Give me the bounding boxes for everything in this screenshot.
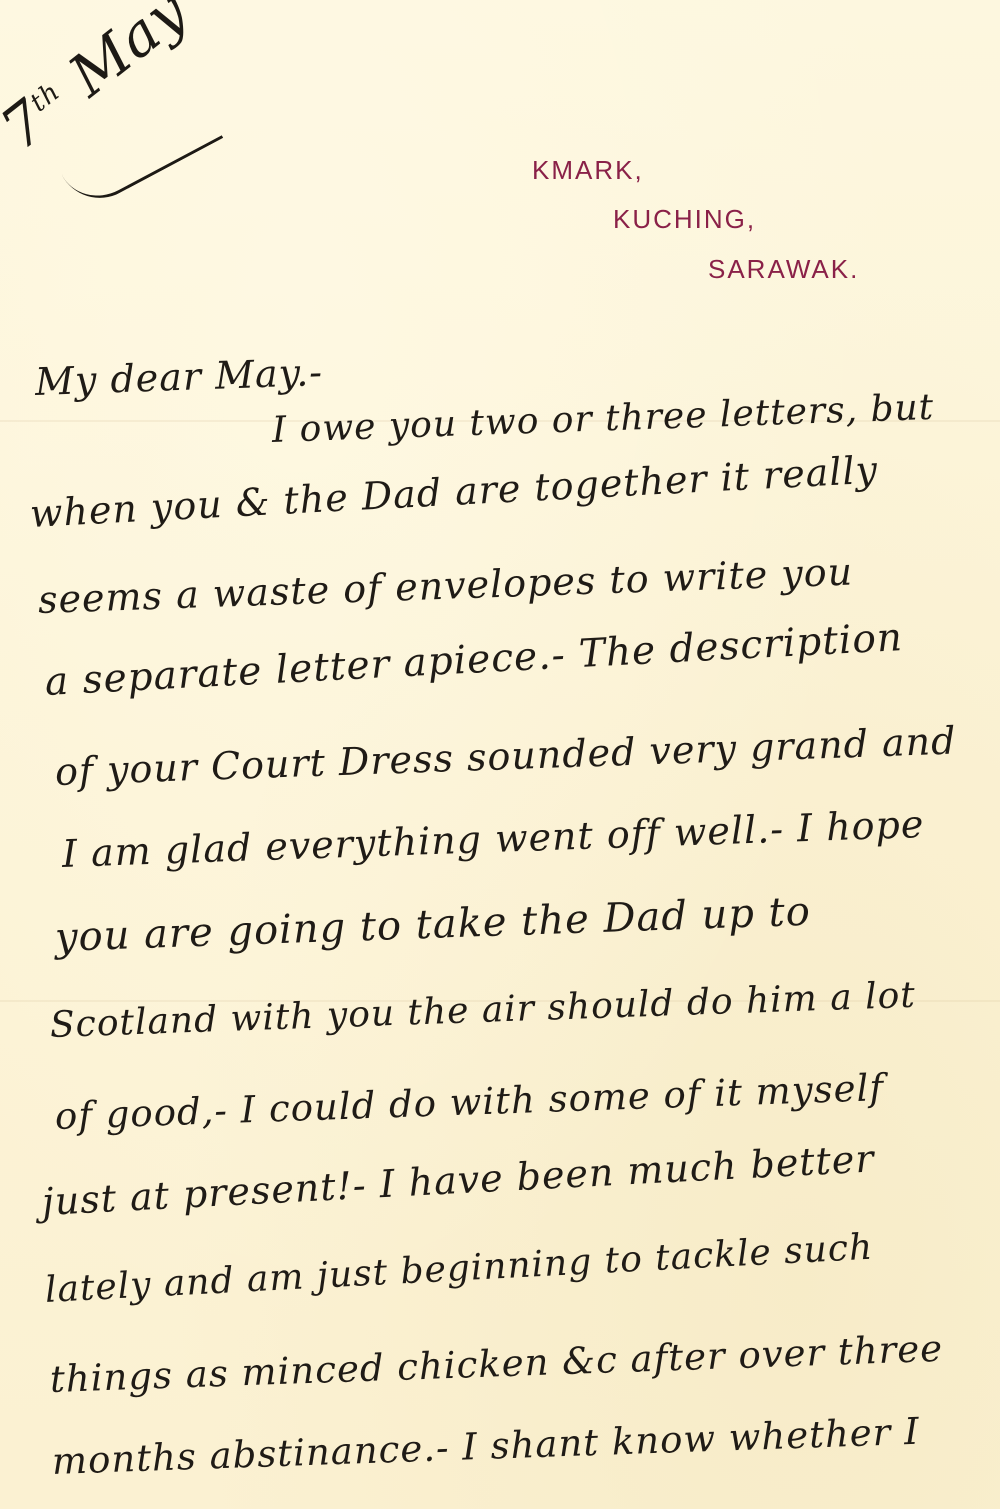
- letter-line: of your Court Dress sounded very grand a…: [54, 719, 957, 794]
- letter-line: Scotland with you the air should do him …: [49, 975, 916, 1046]
- letter-line: I am glad everything went off well.- I h…: [61, 802, 925, 876]
- letter-line: things as minced chicken &c after over t…: [49, 1327, 943, 1401]
- letter-line: I owe you two or three letters, but: [271, 387, 935, 451]
- letterhead-line-3: SARAWAK.: [708, 254, 859, 285]
- letter-line: of good,- I could do with some of it mys…: [54, 1066, 884, 1138]
- letter-line: just at present!- I have been much bette…: [41, 1136, 876, 1224]
- letterhead-line-2: KUCHING,: [613, 204, 756, 235]
- letter-page: 7th May 1900 KMARK, KUCHING, SARAWAK. My…: [0, 0, 1000, 1509]
- letter-line: when you & the Dad are together it reall…: [29, 448, 879, 536]
- salutation: My dear May.-: [34, 350, 323, 404]
- date-month: May: [56, 0, 200, 110]
- letter-line: months abstinance.- I shant know whether…: [51, 1410, 920, 1483]
- letter-line: you are going to take the Dad up to: [54, 889, 811, 961]
- letter-line: lately and am just beginning to tackle s…: [44, 1227, 874, 1311]
- letterhead-line-1: KMARK,: [532, 155, 644, 186]
- letter-line: seems a waste of envelopes to write you: [37, 550, 853, 622]
- letter-line: a separate letter apiece.- The descripti…: [44, 615, 904, 705]
